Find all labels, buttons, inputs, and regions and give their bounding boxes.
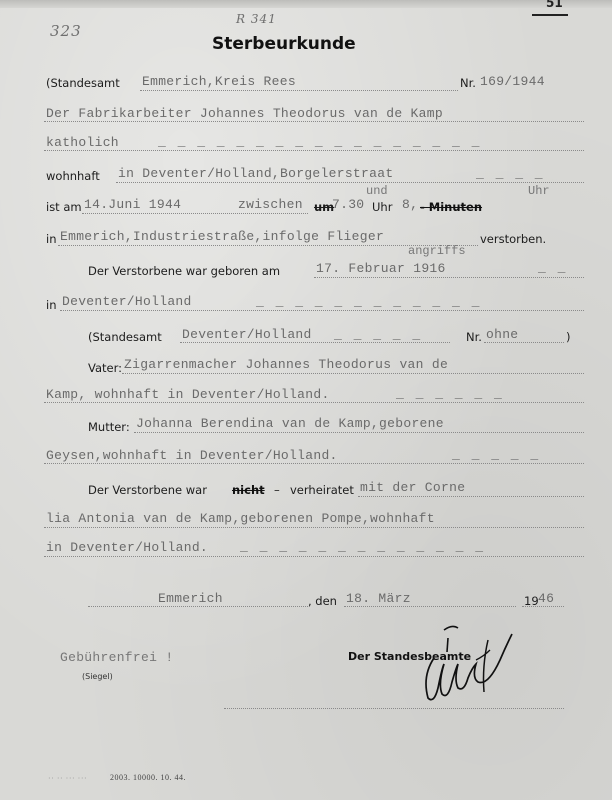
fill-dashes: _ _ _ _ _: [334, 327, 422, 342]
dotline: [314, 277, 584, 278]
father-line1: Zigarrenmacher Johannes Theodorus van de: [124, 357, 448, 372]
birth-label: Der Verstorbene war geboren am: [88, 264, 280, 278]
deceased-religion: katholich: [46, 135, 119, 150]
top-edge: [0, 0, 612, 8]
death-place: Emmerich,Industriestraße,infolge Flieger: [60, 229, 384, 244]
struck-nicht: nicht: [232, 483, 265, 497]
birth-place-label: in: [46, 298, 56, 312]
registry-dotline: [140, 90, 458, 91]
fill-dashes: _ _ _ _: [476, 166, 545, 181]
registry-label: (Standesamt: [46, 76, 120, 90]
dotline: [82, 213, 308, 214]
dotline: [484, 342, 564, 343]
birth-date: 17. Februar 1916: [316, 261, 446, 276]
dotline: [116, 182, 584, 183]
deceased-name-line: Der Fabrikarbeiter Johannes Theodorus va…: [46, 106, 443, 121]
birth-place: Deventer/Holland: [62, 294, 192, 309]
dotline: [44, 463, 584, 464]
fill-dashes: _ _: [538, 260, 567, 275]
document-page: 323 R 341 51 Sterbeurkunde (Standesamt E…: [0, 0, 612, 800]
dotline: [88, 606, 308, 607]
residence-label: wohnhaft: [46, 169, 100, 183]
time-to: 8,: [402, 197, 418, 212]
birth-registry-close: ): [566, 330, 571, 344]
registry-nr-label: Nr.: [460, 76, 476, 90]
registry-value: Emmerich,Kreis Rees: [142, 74, 296, 89]
marital-status: verheiratet: [290, 483, 354, 497]
dotline: [522, 606, 564, 607]
residence-value: in Deventer/Holland,Borgelerstraat: [118, 166, 393, 181]
uhr-insert: Uhr: [528, 184, 550, 198]
issuance-date: 18. März: [346, 591, 411, 606]
spouse-line3: in Deventer/Holland.: [46, 540, 208, 555]
corner-page-number: 51: [546, 0, 563, 10]
death-date: 14.Juni 1944: [84, 197, 181, 212]
spouse-line2: lia Antonia van de Kamp,geborenen Pompe,…: [46, 511, 435, 526]
fill-dashes: _ _ _ _ _: [452, 447, 540, 462]
seal-label: (Siegel): [82, 672, 113, 681]
birth-nr-label: Nr.: [466, 330, 482, 344]
death-date-label: ist am: [46, 200, 82, 214]
father-line2: Kamp, wohnhaft in Deventer/Holland.: [46, 387, 330, 402]
time-from: 7.30: [332, 197, 364, 212]
birth-registry-value: Deventer/Holland: [182, 327, 312, 342]
marital-dash: –: [274, 483, 280, 497]
dotline: [122, 373, 584, 374]
dotline: [134, 432, 584, 433]
between-label: zwischen: [238, 197, 303, 212]
father-label: Vater:: [88, 361, 122, 375]
mother-label: Mutter:: [88, 420, 130, 434]
issuance-year-suffix: 46: [538, 591, 554, 606]
handwritten-reference: R 341: [236, 12, 277, 26]
death-place-continuation: angriffs: [408, 244, 466, 258]
died-label: verstorben.: [480, 232, 546, 246]
dotline: [180, 342, 450, 343]
marital-label: Der Verstorbene war: [88, 483, 207, 497]
fill-dashes: _ _ _ _ _ _ _ _ _ _ _ _ _: [240, 539, 485, 554]
fee-note: Gebührenfrei !: [60, 650, 173, 665]
corner-underline: [532, 14, 568, 16]
signature: [400, 620, 520, 712]
und-insert: und: [366, 184, 388, 198]
dotline: [344, 606, 516, 607]
death-place-label: in: [46, 232, 56, 246]
spouse-line1: mit der Corne: [360, 480, 465, 495]
handwritten-number: 323: [50, 22, 82, 40]
dotline: [44, 150, 584, 151]
dotline: [44, 402, 584, 403]
dotline: [44, 527, 584, 528]
fill-dashes: _ _ _ _ _ _: [396, 386, 504, 401]
birth-nr-value: ohne: [486, 327, 518, 342]
document-title: Sterbeurkunde: [212, 34, 356, 54]
form-code-faded: ·· ·· ··· ···: [48, 774, 87, 783]
dotline: [60, 310, 584, 311]
birth-registry-label: (Standesamt: [88, 330, 162, 344]
uhr-label: Uhr: [372, 200, 392, 214]
dotline: [44, 121, 584, 122]
registry-nr-value: 169/1944: [480, 74, 545, 89]
form-footer: 2003. 10000. 10. 44.: [110, 773, 186, 782]
issuance-den-label: , den: [308, 594, 337, 608]
struck-minuten: - Minuten: [420, 200, 482, 214]
dotline: [44, 556, 584, 557]
mother-line1: Johanna Berendina van de Kamp,geborene: [136, 416, 444, 431]
fill-dashes: _ _ _ _ _ _ _ _ _ _ _ _ _ _ _ _ _: [158, 134, 481, 149]
fill-dashes: _ _ _ _ _ _ _ _ _ _ _ _: [256, 294, 481, 309]
signature-dotline: [224, 708, 564, 709]
mother-line2: Geysen,wohnhaft in Deventer/Holland.: [46, 448, 338, 463]
dotline: [358, 496, 584, 497]
issuance-place: Emmerich: [158, 591, 223, 606]
